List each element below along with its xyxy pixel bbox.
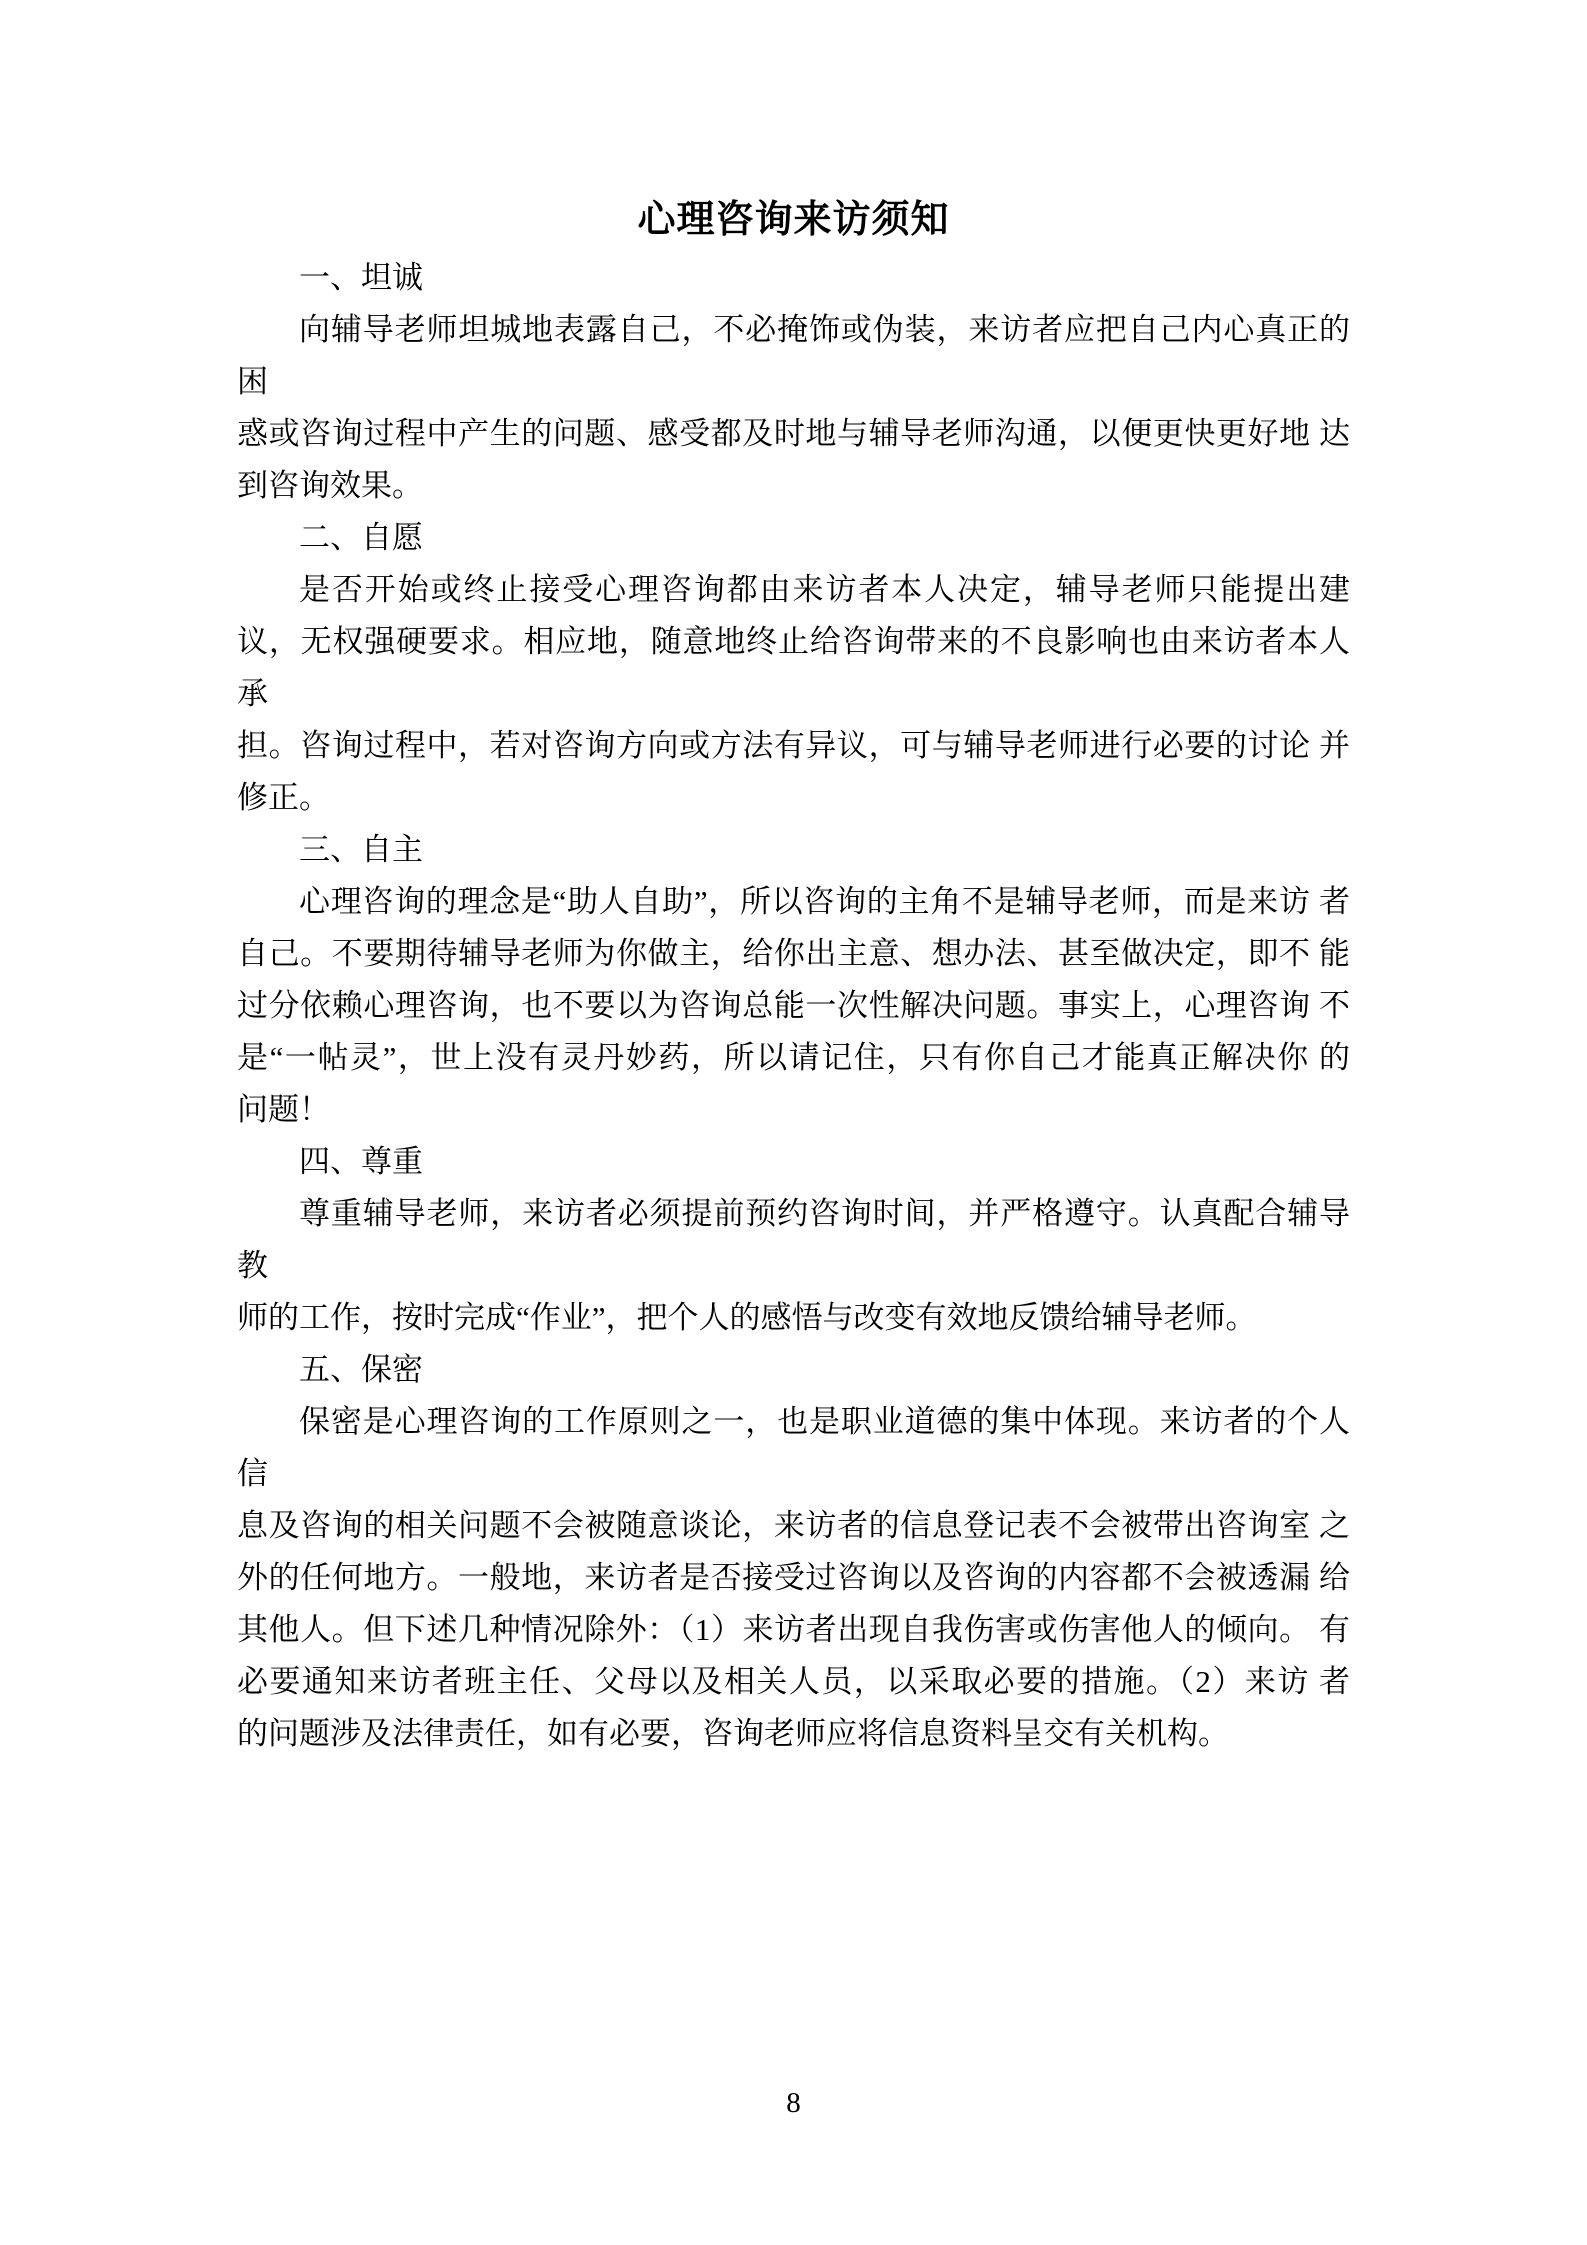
section-5-line-3: 外的任何地方。一般地，来访者是否接受过咨询以及咨询的内容都不会被透漏 给 — [237, 1552, 1350, 1604]
section-1-line-2: 惑或咨询过程中产生的问题、感受都及时地与辅导老师沟通，以便更快更好地 达 — [237, 408, 1350, 460]
section-3-line-4: 是“一帖灵”，世上没有灵丹妙药，所以请记住，只有你自己才能真正解决你 的 — [237, 1032, 1350, 1084]
section-3-line-1: 心理咨询的理念是“助人自助”，所以咨询的主角不是辅导老师，而是来访 者 — [237, 876, 1350, 928]
section-3-line-5: 问题！ — [237, 1084, 1350, 1136]
document-title: 心理咨询来访须知 — [0, 196, 1587, 244]
section-2-line-2: 议，无权强硬要求。相应地，随意地终止给咨询带来的不良影响也由来访者本人 承 — [237, 616, 1350, 720]
section-heading-5: 五、保密 — [237, 1344, 1350, 1396]
section-heading-1: 一、坦诚 — [237, 252, 1350, 304]
section-4-line-1: 尊重辅导老师，来访者必须提前预约咨询时间，并严格遵守。认真配合辅导 教 — [237, 1188, 1350, 1292]
section-heading-3: 三、自主 — [237, 824, 1350, 876]
section-4-line-2: 师的工作，按时完成“作业”，把个人的感悟与改变有效地反馈给辅导老师。 — [237, 1292, 1350, 1344]
document-page: 心理咨询来访须知 一、坦诚向辅导老师坦城地表露自己，不必掩饰或伪装，来访者应把自… — [0, 0, 1587, 2245]
document-body: 一、坦诚向辅导老师坦城地表露自己，不必掩饰或伪装，来访者应把自己内心真正的 困惑… — [237, 252, 1350, 1760]
section-5-line-2: 息及咨询的相关问题不会被随意谈论，来访者的信息登记表不会被带出咨询室 之 — [237, 1500, 1350, 1552]
section-3-line-2: 自己。不要期待辅导老师为你做主，给你出主意、想办法、甚至做决定，即不 能 — [237, 928, 1350, 980]
section-5-line-4: 其他人。但下述几种情况除外：（1）来访者出现自我伤害或伤害他人的倾向。 有 — [237, 1604, 1350, 1656]
section-5-line-6: 的问题涉及法律责任，如有必要，咨询老师应将信息资料呈交有关机构。 — [237, 1708, 1350, 1760]
section-heading-2: 二、自愿 — [237, 512, 1350, 564]
section-5-line-1: 保密是心理咨询的工作原则之一，也是职业道德的集中体现。来访者的个人 信 — [237, 1396, 1350, 1500]
section-1-line-1: 向辅导老师坦城地表露自己，不必掩饰或伪装，来访者应把自己内心真正的 困 — [237, 304, 1350, 408]
section-2-line-3: 担。咨询过程中，若对咨询方向或方法有异议，可与辅导老师进行必要的讨论 并 — [237, 720, 1350, 772]
page-number: 8 — [0, 2086, 1587, 2120]
section-heading-4: 四、尊重 — [237, 1136, 1350, 1188]
section-3-line-3: 过分依赖心理咨询，也不要以为咨询总能一次性解决问题。事实上，心理咨询 不 — [237, 980, 1350, 1032]
section-2-line-1: 是否开始或终止接受心理咨询都由来访者本人决定，辅导老师只能提出建 — [237, 564, 1350, 616]
section-2-line-4: 修正。 — [237, 772, 1350, 824]
section-1-line-3: 到咨询效果。 — [237, 460, 1350, 512]
section-5-line-5: 必要通知来访者班主任、父母以及相关人员，以采取必要的措施。（2）来访 者 — [237, 1656, 1350, 1708]
